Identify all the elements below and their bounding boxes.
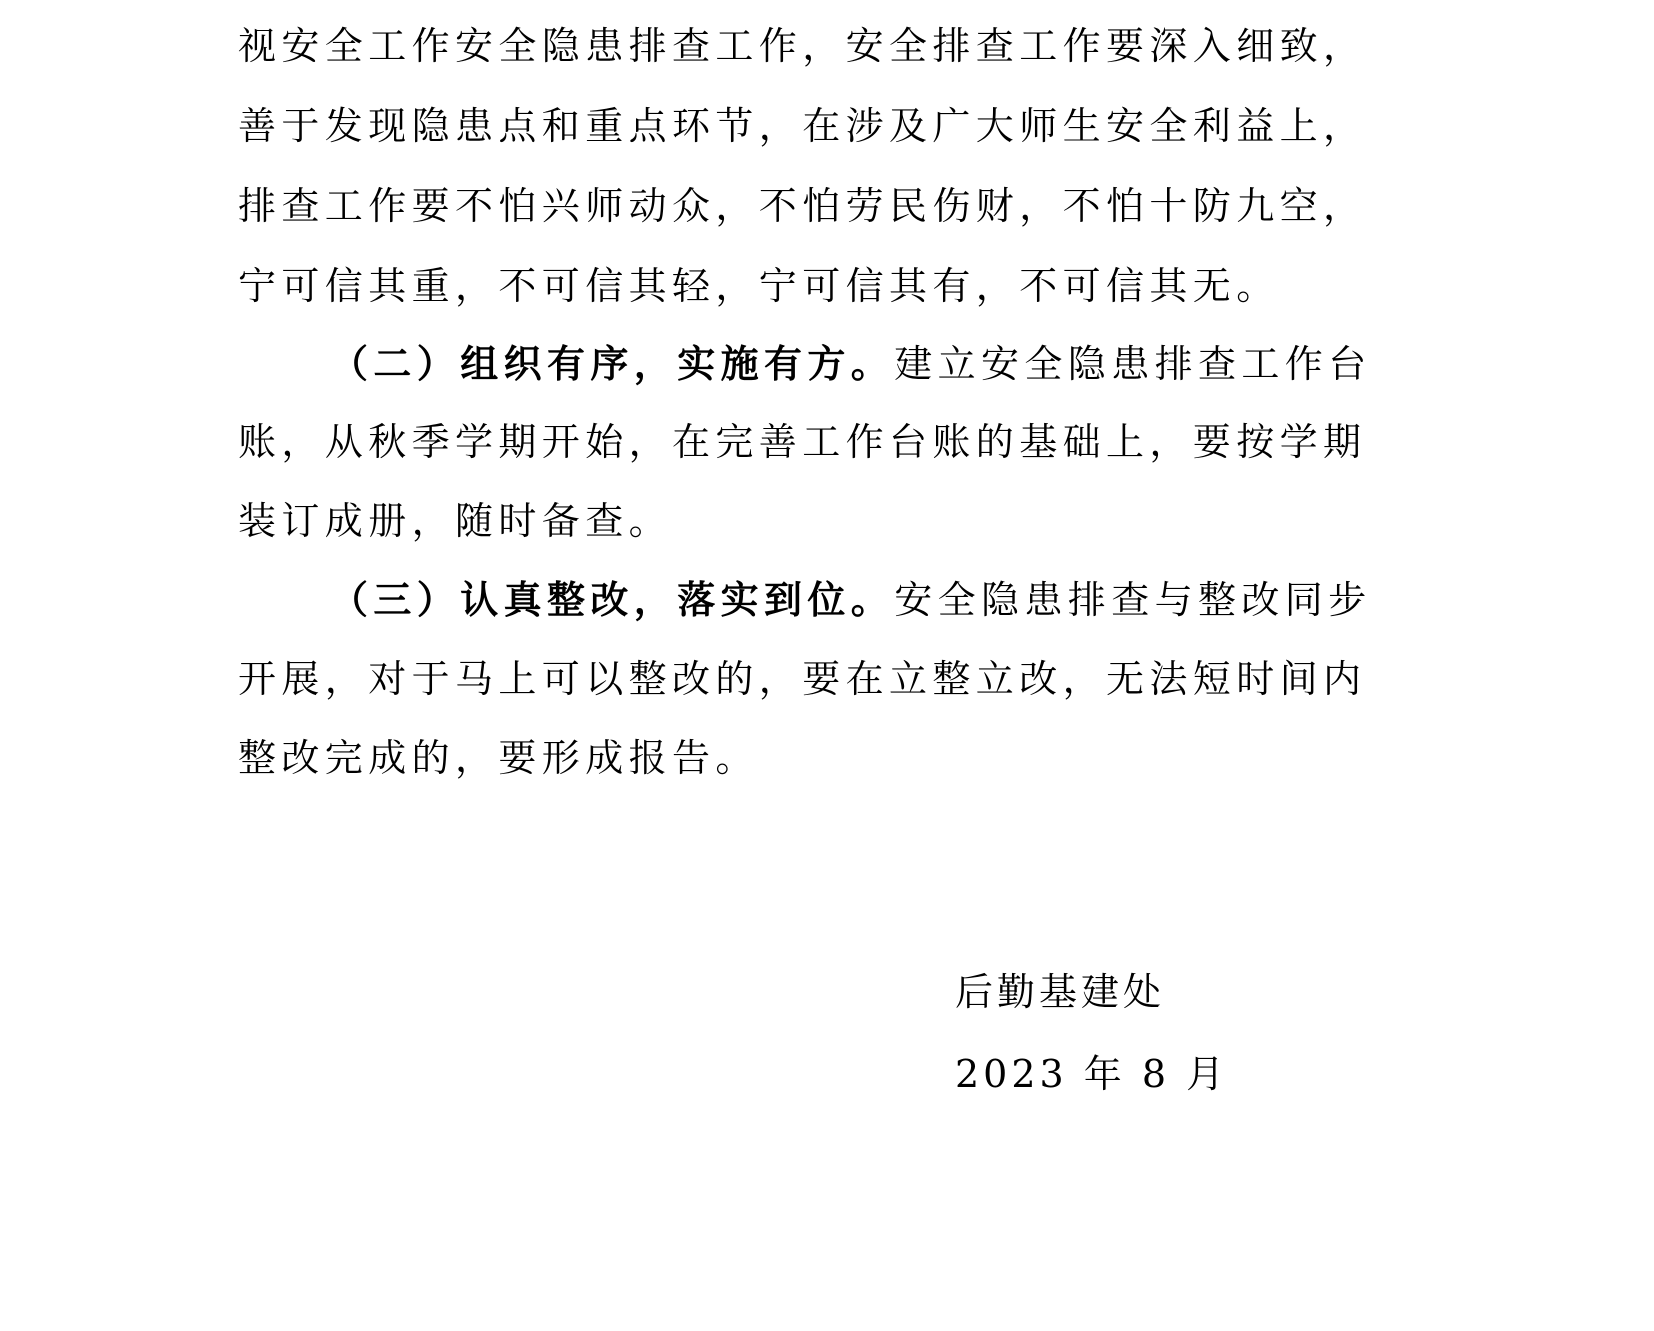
paragraph-1-line-3: 排查工作要不怕兴师动众，不怕劳民伤财，不怕十防九空， bbox=[238, 182, 1338, 230]
paragraph-2-first-line-text: 建立安全隐患排查工作台 bbox=[894, 342, 1371, 386]
signature-organization: 后勤基建处 bbox=[955, 968, 1165, 1016]
paragraph-1-line-2: 善于发现隐患点和重点环节，在涉及广大师生安全利益上， bbox=[238, 102, 1338, 150]
paragraph-3-heading: （三）认真整改，落实到位。 bbox=[330, 577, 894, 622]
paragraph-3-line-1: （三）认真整改，落实到位。安全隐患排查与整改同步 bbox=[330, 576, 1340, 624]
signature-date: 2023 年 8 月 bbox=[955, 1050, 1228, 1098]
paragraph-3-line-3: 整改完成的，要形成报告。 bbox=[238, 734, 1338, 782]
paragraph-2-line-2: 账，从秋季学期开始，在完善工作台账的基础上，要按学期 bbox=[238, 418, 1338, 466]
paragraph-2-line-1: （二）组织有序，实施有方。建立安全隐患排查工作台 bbox=[330, 340, 1340, 388]
paragraph-2-heading: （二）组织有序，实施有方。 bbox=[330, 341, 894, 386]
paragraph-1-line-4: 宁可信其重，不可信其轻，宁可信其有，不可信其无。 bbox=[238, 262, 1338, 310]
paragraph-1-line-1: 视安全工作安全隐患排查工作，安全排查工作要深入细致， bbox=[238, 22, 1338, 70]
paragraph-2-line-3: 装订成册，随时备查。 bbox=[238, 497, 1338, 545]
document-page: 视安全工作安全隐患排查工作，安全排查工作要深入细致， 善于发现隐患点和重点环节，… bbox=[0, 0, 1654, 1331]
paragraph-3-first-line-text: 安全隐患排查与整改同步 bbox=[894, 578, 1371, 622]
paragraph-3-line-2: 开展，对于马上可以整改的，要在立整立改，无法短时间内 bbox=[238, 655, 1338, 703]
